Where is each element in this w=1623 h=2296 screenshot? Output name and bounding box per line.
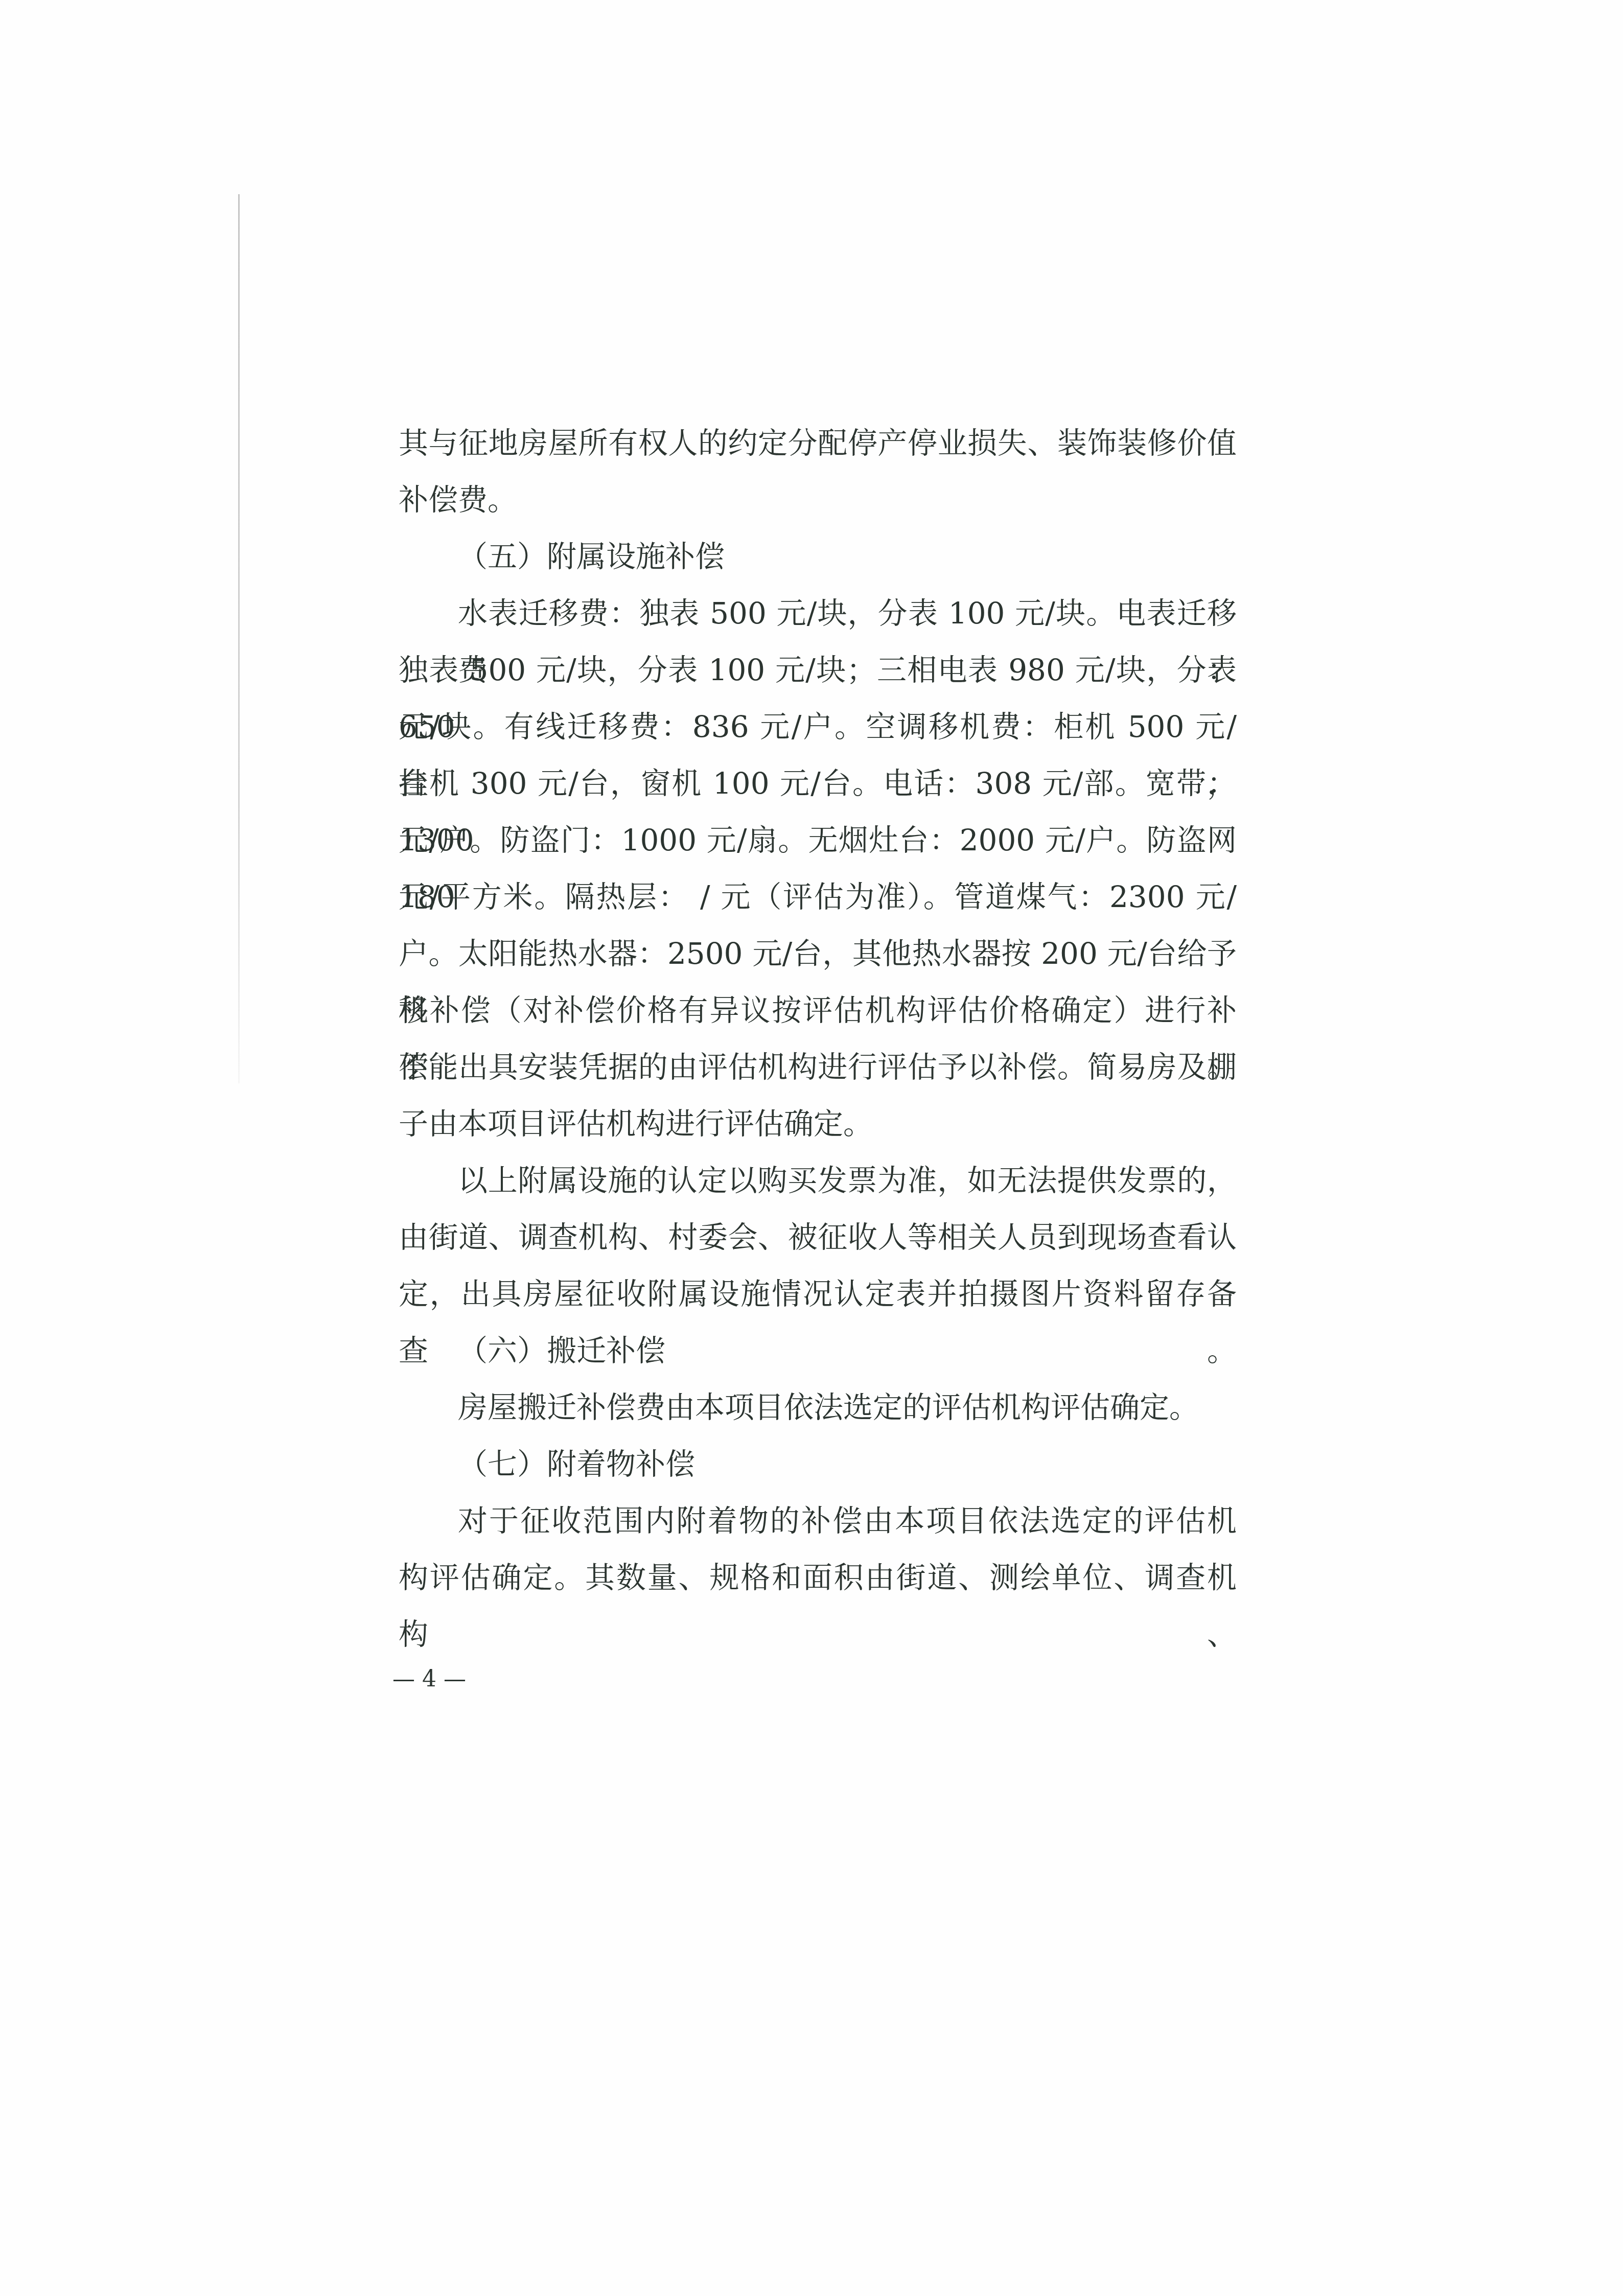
text-line: 户。太阳能热水器：2500 元/台，其他热水器按 200 元/台给予移 bbox=[399, 925, 1237, 982]
text-line: 水表迁移费：独表 500 元/块，分表 100 元/块。电表迁移费： bbox=[399, 585, 1237, 642]
document-body: 其与征地房屋所有权人的约定分配停产停业损失、装饰装修价值 补偿费。 （五）附属设… bbox=[399, 415, 1237, 1606]
text-line: 子由本项目评估机构进行评估确定。 bbox=[399, 1096, 1237, 1152]
text-line: 机补偿（对补偿价格有异议按评估机构评估价格确定）进行补偿。 bbox=[399, 982, 1237, 1039]
text-line: 挂机 300 元/台，窗机 100 元/台。电话：308 元/部。宽带：1300 bbox=[399, 755, 1237, 812]
text-line: 房屋搬迁补偿费由本项目依法选定的评估机构评估确定。 bbox=[399, 1379, 1237, 1436]
text-line: 元/户。防盗门：1000 元/扇。无烟灶台：2000 元/户。防盗网 180 bbox=[399, 812, 1237, 869]
text-line: 独表 500 元/块，分表 100 元/块；三相电表 980 元/块，分表 65… bbox=[399, 642, 1237, 699]
section-heading-seven: （七）附着物补偿 bbox=[399, 1436, 1237, 1493]
text-line: 以上附属设施的认定以购买发票为准，如无法提供发票的， bbox=[399, 1152, 1237, 1209]
text-line: 元/块。有线迁移费：836 元/户。空调移机费：柜机 500 元/台， bbox=[399, 699, 1237, 755]
text-line: 由街道、调查机构、村委会、被征收人等相关人员到现场查看认 bbox=[399, 1209, 1237, 1266]
text-line: 对于征收范围内附着物的补偿由本项目依法选定的评估机 bbox=[399, 1493, 1237, 1549]
text-line: 构评估确定。其数量、规格和面积由街道、测绘单位、调查机构、 bbox=[399, 1549, 1237, 1606]
scan-edge-line bbox=[238, 194, 240, 1083]
text-line: 其与征地房屋所有权人的约定分配停产停业损失、装饰装修价值 bbox=[399, 415, 1237, 472]
document-page: 其与征地房屋所有权人的约定分配停产停业损失、装饰装修价值 补偿费。 （五）附属设… bbox=[0, 0, 1623, 2296]
page-number: — 4 — bbox=[392, 1665, 466, 1694]
text-line: 定，出具房屋征收附属设施情况认定表并拍摄图片资料留存备查。 bbox=[399, 1266, 1237, 1323]
text-line: 补偿费。 bbox=[399, 472, 1237, 528]
text-line: 不能出具安装凭据的由评估机构进行评估予以补偿。简易房及棚 bbox=[399, 1039, 1237, 1096]
text-line: 元/平方米。隔热层： / 元（评估为准）。管道煤气：2300 元/ bbox=[399, 869, 1237, 925]
section-heading-five: （五）附属设施补偿 bbox=[399, 528, 1237, 585]
